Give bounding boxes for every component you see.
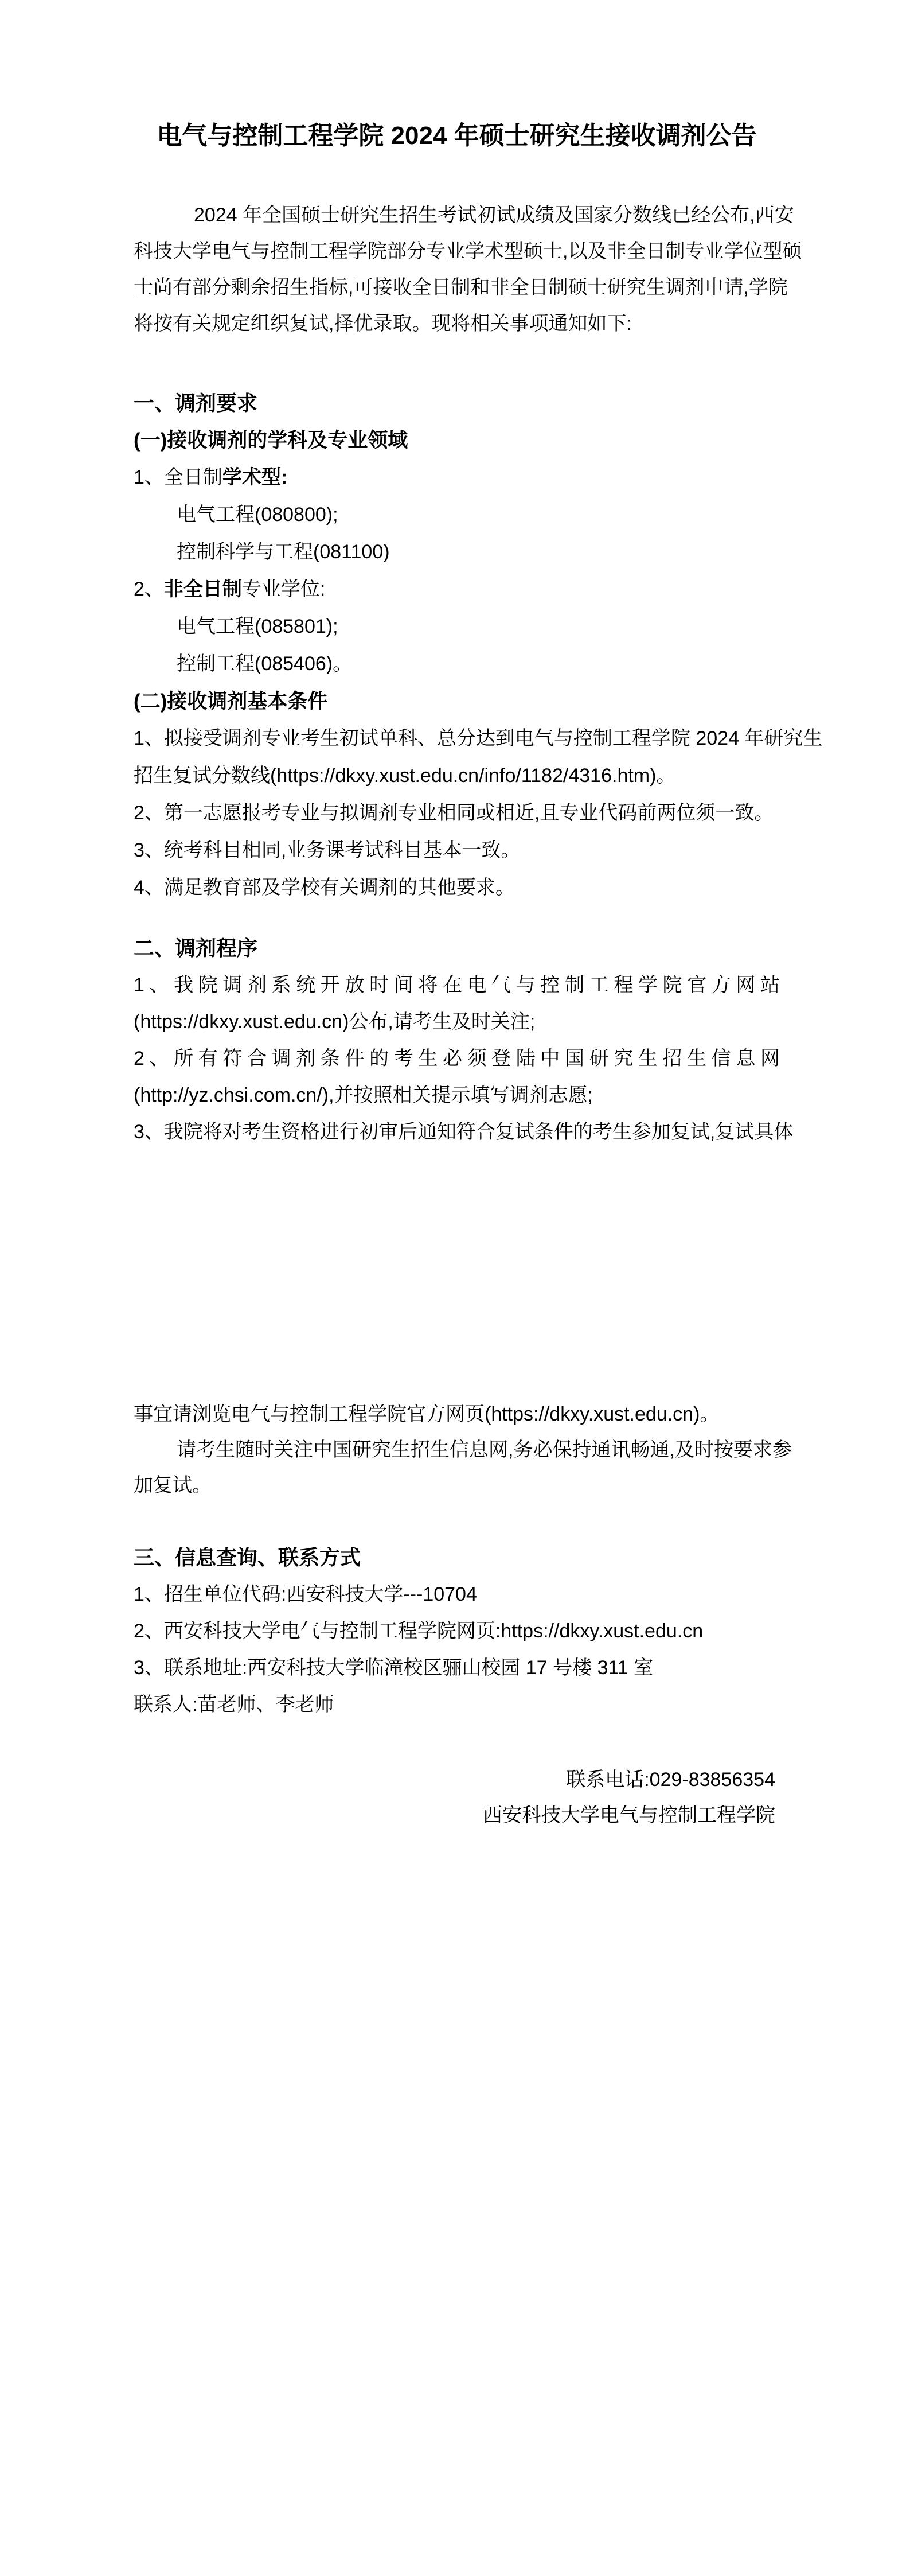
fulltime-item-prefix: 1、全日制 xyxy=(134,466,222,488)
section-1-heading: 一、调剂要求 xyxy=(134,384,780,422)
condition-1-line-2: 招生复试分数线(https://dkxy.xust.edu.cn/info/11… xyxy=(134,757,780,795)
procedure-2-line-1: 2、所有符合调剂条件的考生必须登陆中国研究生招生信息网 xyxy=(134,1040,780,1077)
procedure-1-line-2: (https://dkxy.xust.edu.cn)公布,请考生及时关注; xyxy=(134,1003,780,1040)
section-3-heading: 三、信息查询、联系方式 xyxy=(134,1539,780,1576)
continuation-line-2: 请考生随时关注中国研究生招生信息网,务必保持通讯畅通,及时按要求参 xyxy=(134,1432,780,1468)
contact-person: 联系人:苗老师、李老师 xyxy=(134,1686,780,1723)
signature-block: 联系电话:029-83856354 西安科技大学电气与控制工程学院 xyxy=(134,1762,780,1833)
parttime-item-suffix: 专业学位: xyxy=(242,578,325,600)
condition-3: 3、统考科目相同,业务课考试科目基本一致。 xyxy=(134,832,780,869)
parttime-item-bold: 非全日制 xyxy=(164,578,242,600)
page-title: 电气与控制工程学院 2024 年硕士研究生接收调剂公告 xyxy=(134,118,780,154)
fulltime-major-2: 控制科学与工程(081100) xyxy=(134,534,780,571)
condition-2: 2、第一志愿报考专业与拟调剂专业相同或相近,且专业代码前两位须一致。 xyxy=(134,795,780,832)
procedure-continuation: 事宜请浏览电气与控制工程学院官方网页(https://dkxy.xust.edu… xyxy=(134,1396,780,1503)
document-content: 电气与控制工程学院 2024 年硕士研究生接收调剂公告 2024 年全国硕士研究… xyxy=(0,0,910,1833)
fulltime-major-1: 电气工程(080800); xyxy=(134,496,780,534)
continuation-line-1: 事宜请浏览电气与控制工程学院官方网页(https://dkxy.xust.edu… xyxy=(134,1396,780,1432)
condition-1-line-1: 1、拟接受调剂专业考生初试单科、总分达到电气与控制工程学院 2024 年研究生 xyxy=(134,720,780,757)
procedure-2-line-2: (http://yz.chsi.com.cn/),并按照相关提示填写调剂志愿; xyxy=(134,1077,780,1114)
condition-4: 4、满足教育部及学校有关调剂的其他要求。 xyxy=(134,869,780,906)
parttime-item-prefix: 2、 xyxy=(134,578,164,600)
procedure-1-line-1: 1、我院调剂系统开放时间将在电气与控制工程学院官方网站 xyxy=(134,967,780,1003)
fulltime-item-bold: 学术型: xyxy=(222,466,287,488)
fulltime-item: 1、全日制学术型: xyxy=(134,459,780,496)
document-page: 电气与控制工程学院 2024 年硕士研究生接收调剂公告 2024 年全国硕士研究… xyxy=(0,0,910,2576)
contact-phone: 联系电话:029-83856354 xyxy=(134,1762,780,1797)
intro-line-3: 士尚有部分剩余招生指标,可接收全日制和非全日制硕士研究生调剂申请,学院 xyxy=(134,270,780,306)
section-1-requirements: 一、调剂要求 (一)接收调剂的学科及专业领域 1、全日制学术型: 电气工程(08… xyxy=(134,384,780,906)
signature-org: 西安科技大学电气与控制工程学院 xyxy=(134,1797,780,1833)
intro-line-1: 2024 年全国硕士研究生招生考试初试成绩及国家分数线已经公布,西安 xyxy=(134,197,780,234)
section-1-subheading-2: (二)接收调剂基本条件 xyxy=(134,683,780,720)
contact-webpage: 2、西安科技大学电气与控制工程学院网页:https://dkxy.xust.ed… xyxy=(134,1613,780,1649)
section-1-subheading-1: (一)接收调剂的学科及专业领域 xyxy=(134,422,780,459)
section-2-heading: 二、调剂程序 xyxy=(134,929,780,967)
parttime-major-1: 电气工程(085801); xyxy=(134,608,780,645)
intro-line-4: 将按有关规定组织复试,择优录取。现将相关事项通知如下: xyxy=(134,306,780,342)
intro-line-2: 科技大学电气与控制工程学院部分专业学术型硕士,以及非全日制专业学位型硕 xyxy=(134,234,780,270)
contact-unit-code: 1、招生单位代码:西安科技大学---10704 xyxy=(134,1576,780,1613)
section-3-contact: 三、信息查询、联系方式 1、招生单位代码:西安科技大学---10704 2、西安… xyxy=(134,1539,780,1723)
parttime-major-2: 控制工程(085406)。 xyxy=(134,645,780,683)
procedure-3-line-1: 3、我院将对考生资格进行初审后通知符合复试条件的考生参加复试,复试具体 xyxy=(134,1114,780,1150)
continuation-line-3: 加复试。 xyxy=(134,1468,780,1503)
contact-address: 3、联系地址:西安科技大学临潼校区骊山校园 17 号楼 311 室 xyxy=(134,1649,780,1686)
parttime-item: 2、非全日制专业学位: xyxy=(134,571,780,608)
section-2-procedure: 二、调剂程序 1、我院调剂系统开放时间将在电气与控制工程学院官方网站 (http… xyxy=(134,929,780,1150)
intro-paragraph: 2024 年全国硕士研究生招生考试初试成绩及国家分数线已经公布,西安 科技大学电… xyxy=(134,197,780,342)
